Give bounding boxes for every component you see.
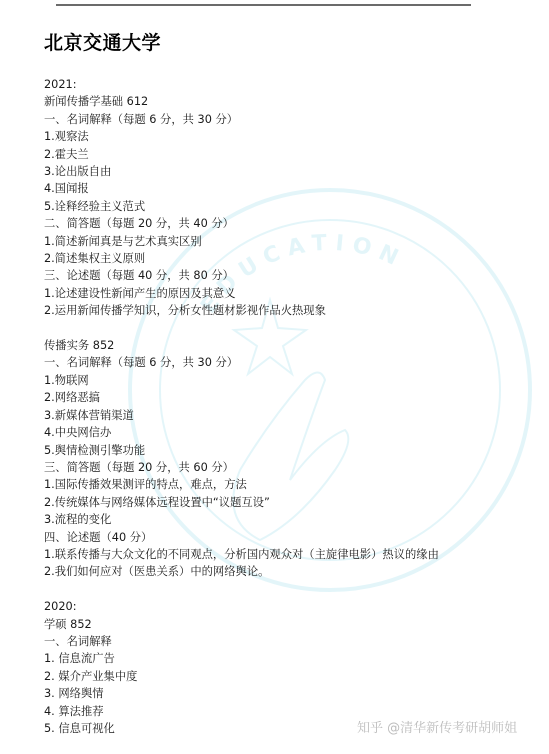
part-heading: 二、简答题（每题 20 分，共 40 分） — [44, 215, 524, 232]
question-item: 2. 媒介产业集中度 — [44, 668, 524, 685]
question-item: 3.新媒体营销渠道 — [44, 407, 524, 424]
question-item: 2.网络恶搞 — [44, 389, 524, 406]
question-item: 2.运用新闻传播学知识，分析女性题材影视作品火热现象 — [44, 302, 524, 319]
question-item: 1.观察法 — [44, 128, 524, 145]
exam-name: 新闻传播学基础 612 — [44, 93, 524, 110]
credit-watermark: 知乎 @清华新传考研胡师姐 — [357, 717, 517, 736]
question-item: 3.流程的变化 — [44, 511, 524, 528]
question-item: 1.物联网 — [44, 372, 524, 389]
part-heading: 一、名词解释 — [44, 633, 524, 650]
question-item: 4.国闻报 — [44, 180, 524, 197]
part-heading: 四、论述题（40 分） — [44, 529, 524, 546]
question-item: 1.论述建设性新闻产生的原因及其意义 — [44, 285, 524, 302]
question-item: 5.诠释经验主义范式 — [44, 198, 524, 215]
question-item: 3.论出版自由 — [44, 163, 524, 180]
question-item: 5.舆情检测引擎功能 — [44, 442, 524, 459]
exam-name: 传播实务 852 — [44, 337, 524, 354]
part-heading: 一、名词解释（每题 6 分，共 30 分） — [44, 354, 524, 371]
top-divider — [56, 4, 471, 6]
question-item: 3. 网络舆情 — [44, 685, 524, 702]
question-item: 1. 信息流广告 — [44, 650, 524, 667]
year-label: 2020: — [44, 598, 524, 615]
question-item: 2.传统媒体与网络媒体远程设置中“议题互设” — [44, 494, 524, 511]
document-body: 2021: 新闻传播学基础 612 一、名词解释（每题 6 分，共 30 分） … — [44, 76, 524, 737]
question-item: 1.国际传播效果测评的特点，难点，方法 — [44, 476, 524, 493]
part-heading: 三、简答题（每题 20 分，共 60 分） — [44, 459, 524, 476]
year-label: 2021: — [44, 76, 524, 93]
page-title: 北京交通大学 — [44, 28, 161, 55]
part-heading: 三、论述题（每题 40 分，共 80 分） — [44, 267, 524, 284]
question-item: 2.简述集权主义原则 — [44, 250, 524, 267]
exam-name: 学硕 852 — [44, 616, 524, 633]
question-item: 1.简述新闻真是与艺术真实区别 — [44, 233, 524, 250]
part-heading: 一、名词解释（每题 6 分，共 30 分） — [44, 111, 524, 128]
question-item: 4.中央网信办 — [44, 424, 524, 441]
question-item: 2.霍夫兰 — [44, 146, 524, 163]
question-item: 1.联系传播与大众文化的不同观点，分析国内观众对（主旋律电影）热议的缘由 — [44, 546, 524, 563]
question-item: 2.我们如何应对（医患关系）中的网络舆论。 — [44, 563, 524, 580]
